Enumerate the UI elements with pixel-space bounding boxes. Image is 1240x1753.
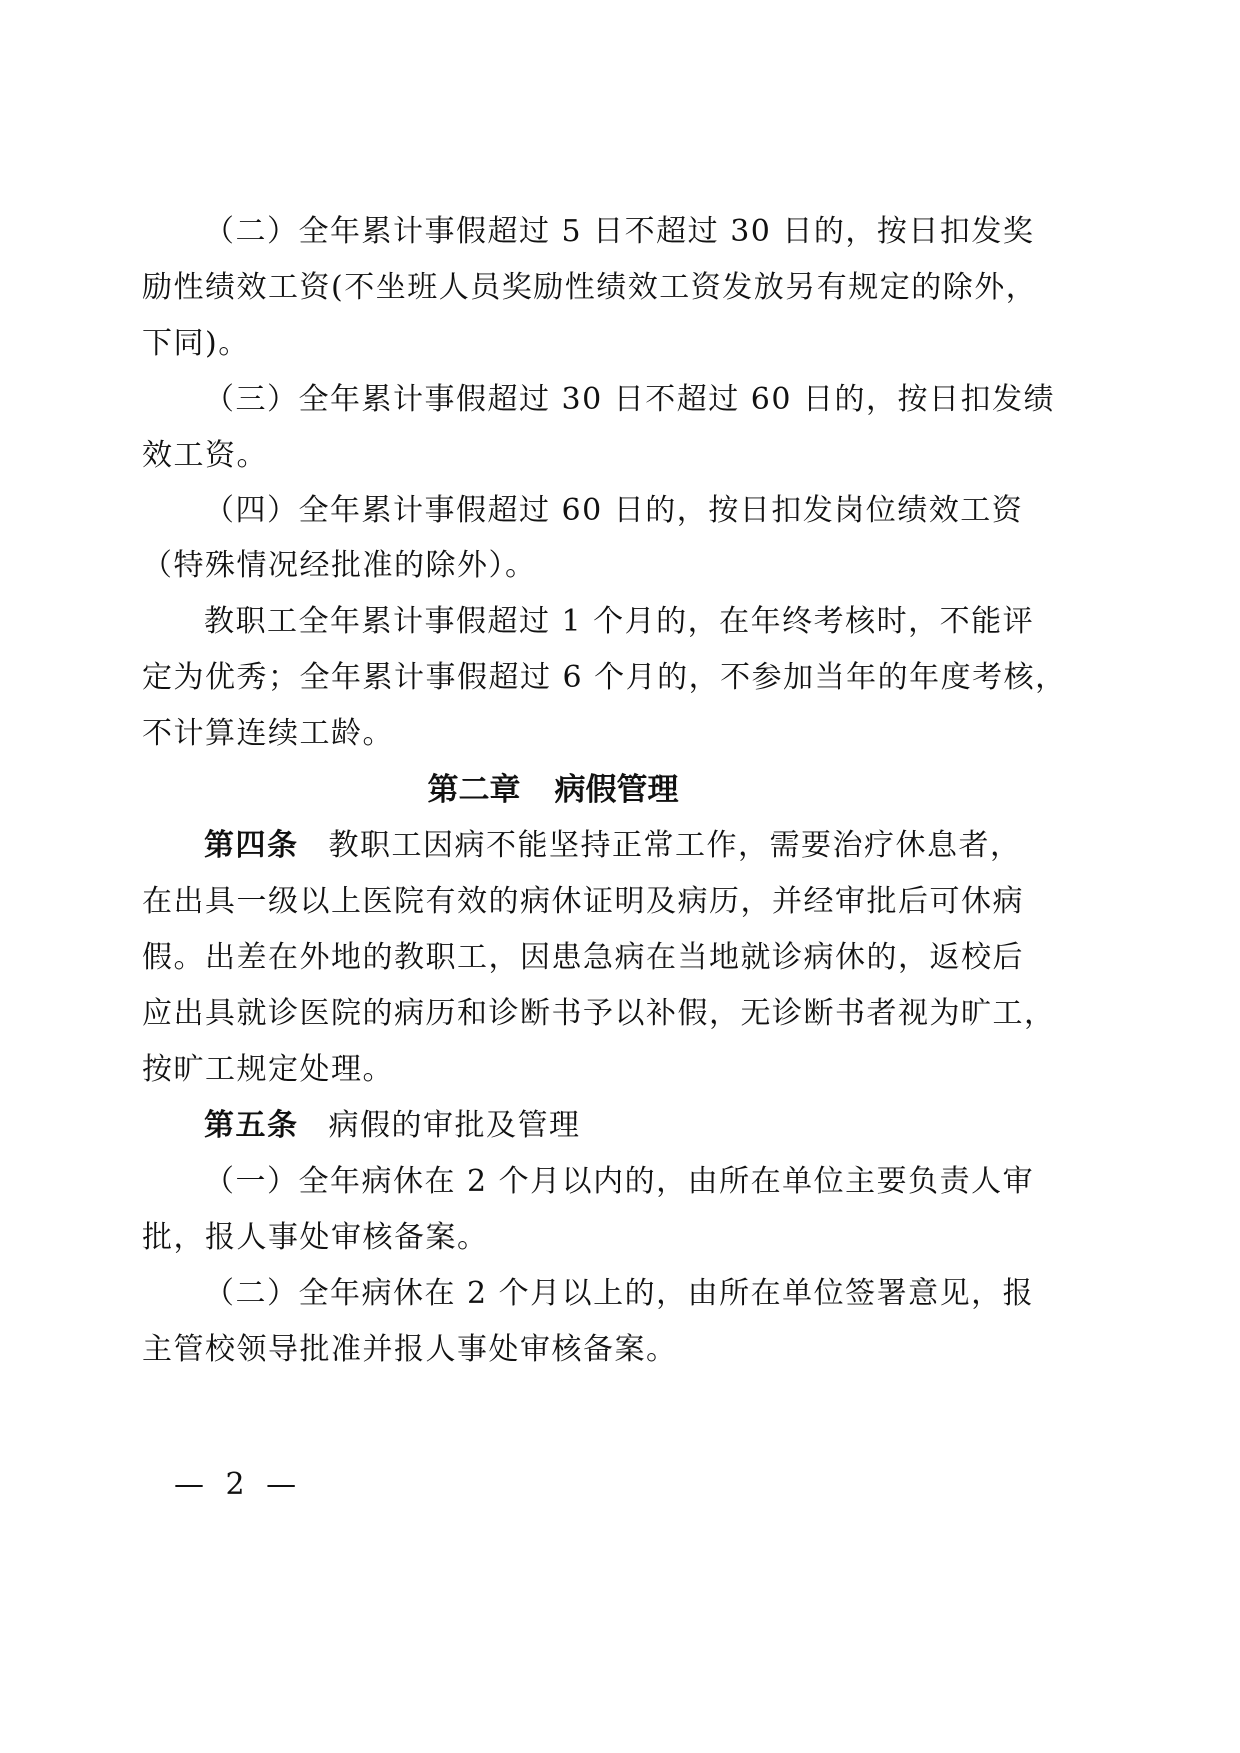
article-title: 病假的审批及管理 [329,1108,581,1143]
paragraph-line: 假。出差在外地的教职工，因患急病在当地就诊病休的，返校后 [142,938,964,978]
paragraph-line: 效工资。 [142,436,964,476]
paragraph-line: （特殊情况经批准的除外）。 [142,546,964,586]
article-4-first-line: 第四条教职工因病不能坚持正常工作，需要治疗休息者， [204,826,964,866]
chapter-title: 病假管理 [555,772,679,808]
paragraph-line: 按旷工规定处理。 [142,1050,964,1090]
paragraph-line: 下同)。 [142,324,964,364]
paragraph-line: （一）全年病休在 2 个月以内的，由所在单位主要负责人审 [204,1162,964,1202]
paragraph-line: 应出具就诊医院的病历和诊断书予以补假，无诊断书者视为旷工， [142,994,964,1034]
paragraph-line: 励性绩效工资(不坐班人员奖励性绩效工资发放另有规定的除外， [142,268,964,308]
chapter-number: 第二章 [428,772,521,808]
paragraph-line: 定为优秀；全年累计事假超过 6 个月的，不参加当年的年度考核， [142,658,964,698]
paragraph-line: （四）全年累计事假超过 60 日的，按日扣发岗位绩效工资 [204,491,964,531]
paragraph-line: 不计算连续工龄。 [142,714,964,754]
paragraph-line: 主管校领导批准并报人事处审核备案。 [142,1330,964,1370]
paragraph-line: （二）全年病休在 2 个月以上的，由所在单位签署意见，报 [204,1274,964,1314]
article-5-heading-line: 第五条病假的审批及管理 [204,1106,964,1146]
document-page: （二）全年累计事假超过 5 日不超过 30 日的，按日扣发奖 励性绩效工资(不坐… [0,0,1240,1753]
paragraph-line: 批，报人事处审核备案。 [142,1218,964,1258]
paragraph-line: 教职工全年累计事假超过 1 个月的，在年终考核时，不能评 [204,602,964,642]
article-text: 教职工因病不能坚持正常工作，需要治疗休息者， [329,828,1022,863]
paragraph-line: （三）全年累计事假超过 30 日不超过 60 日的，按日扣发绩 [204,380,964,420]
page-number: — 2 — [174,1465,302,1505]
paragraph-line: 在出具一级以上医院有效的病休证明及病历，并经审批后可休病 [142,882,964,922]
chapter-heading: 第二章病假管理 [142,770,964,810]
article-label: 第四条 [204,828,299,863]
article-label: 第五条 [204,1108,299,1143]
paragraph-line: （二）全年累计事假超过 5 日不超过 30 日的，按日扣发奖 [204,212,964,252]
